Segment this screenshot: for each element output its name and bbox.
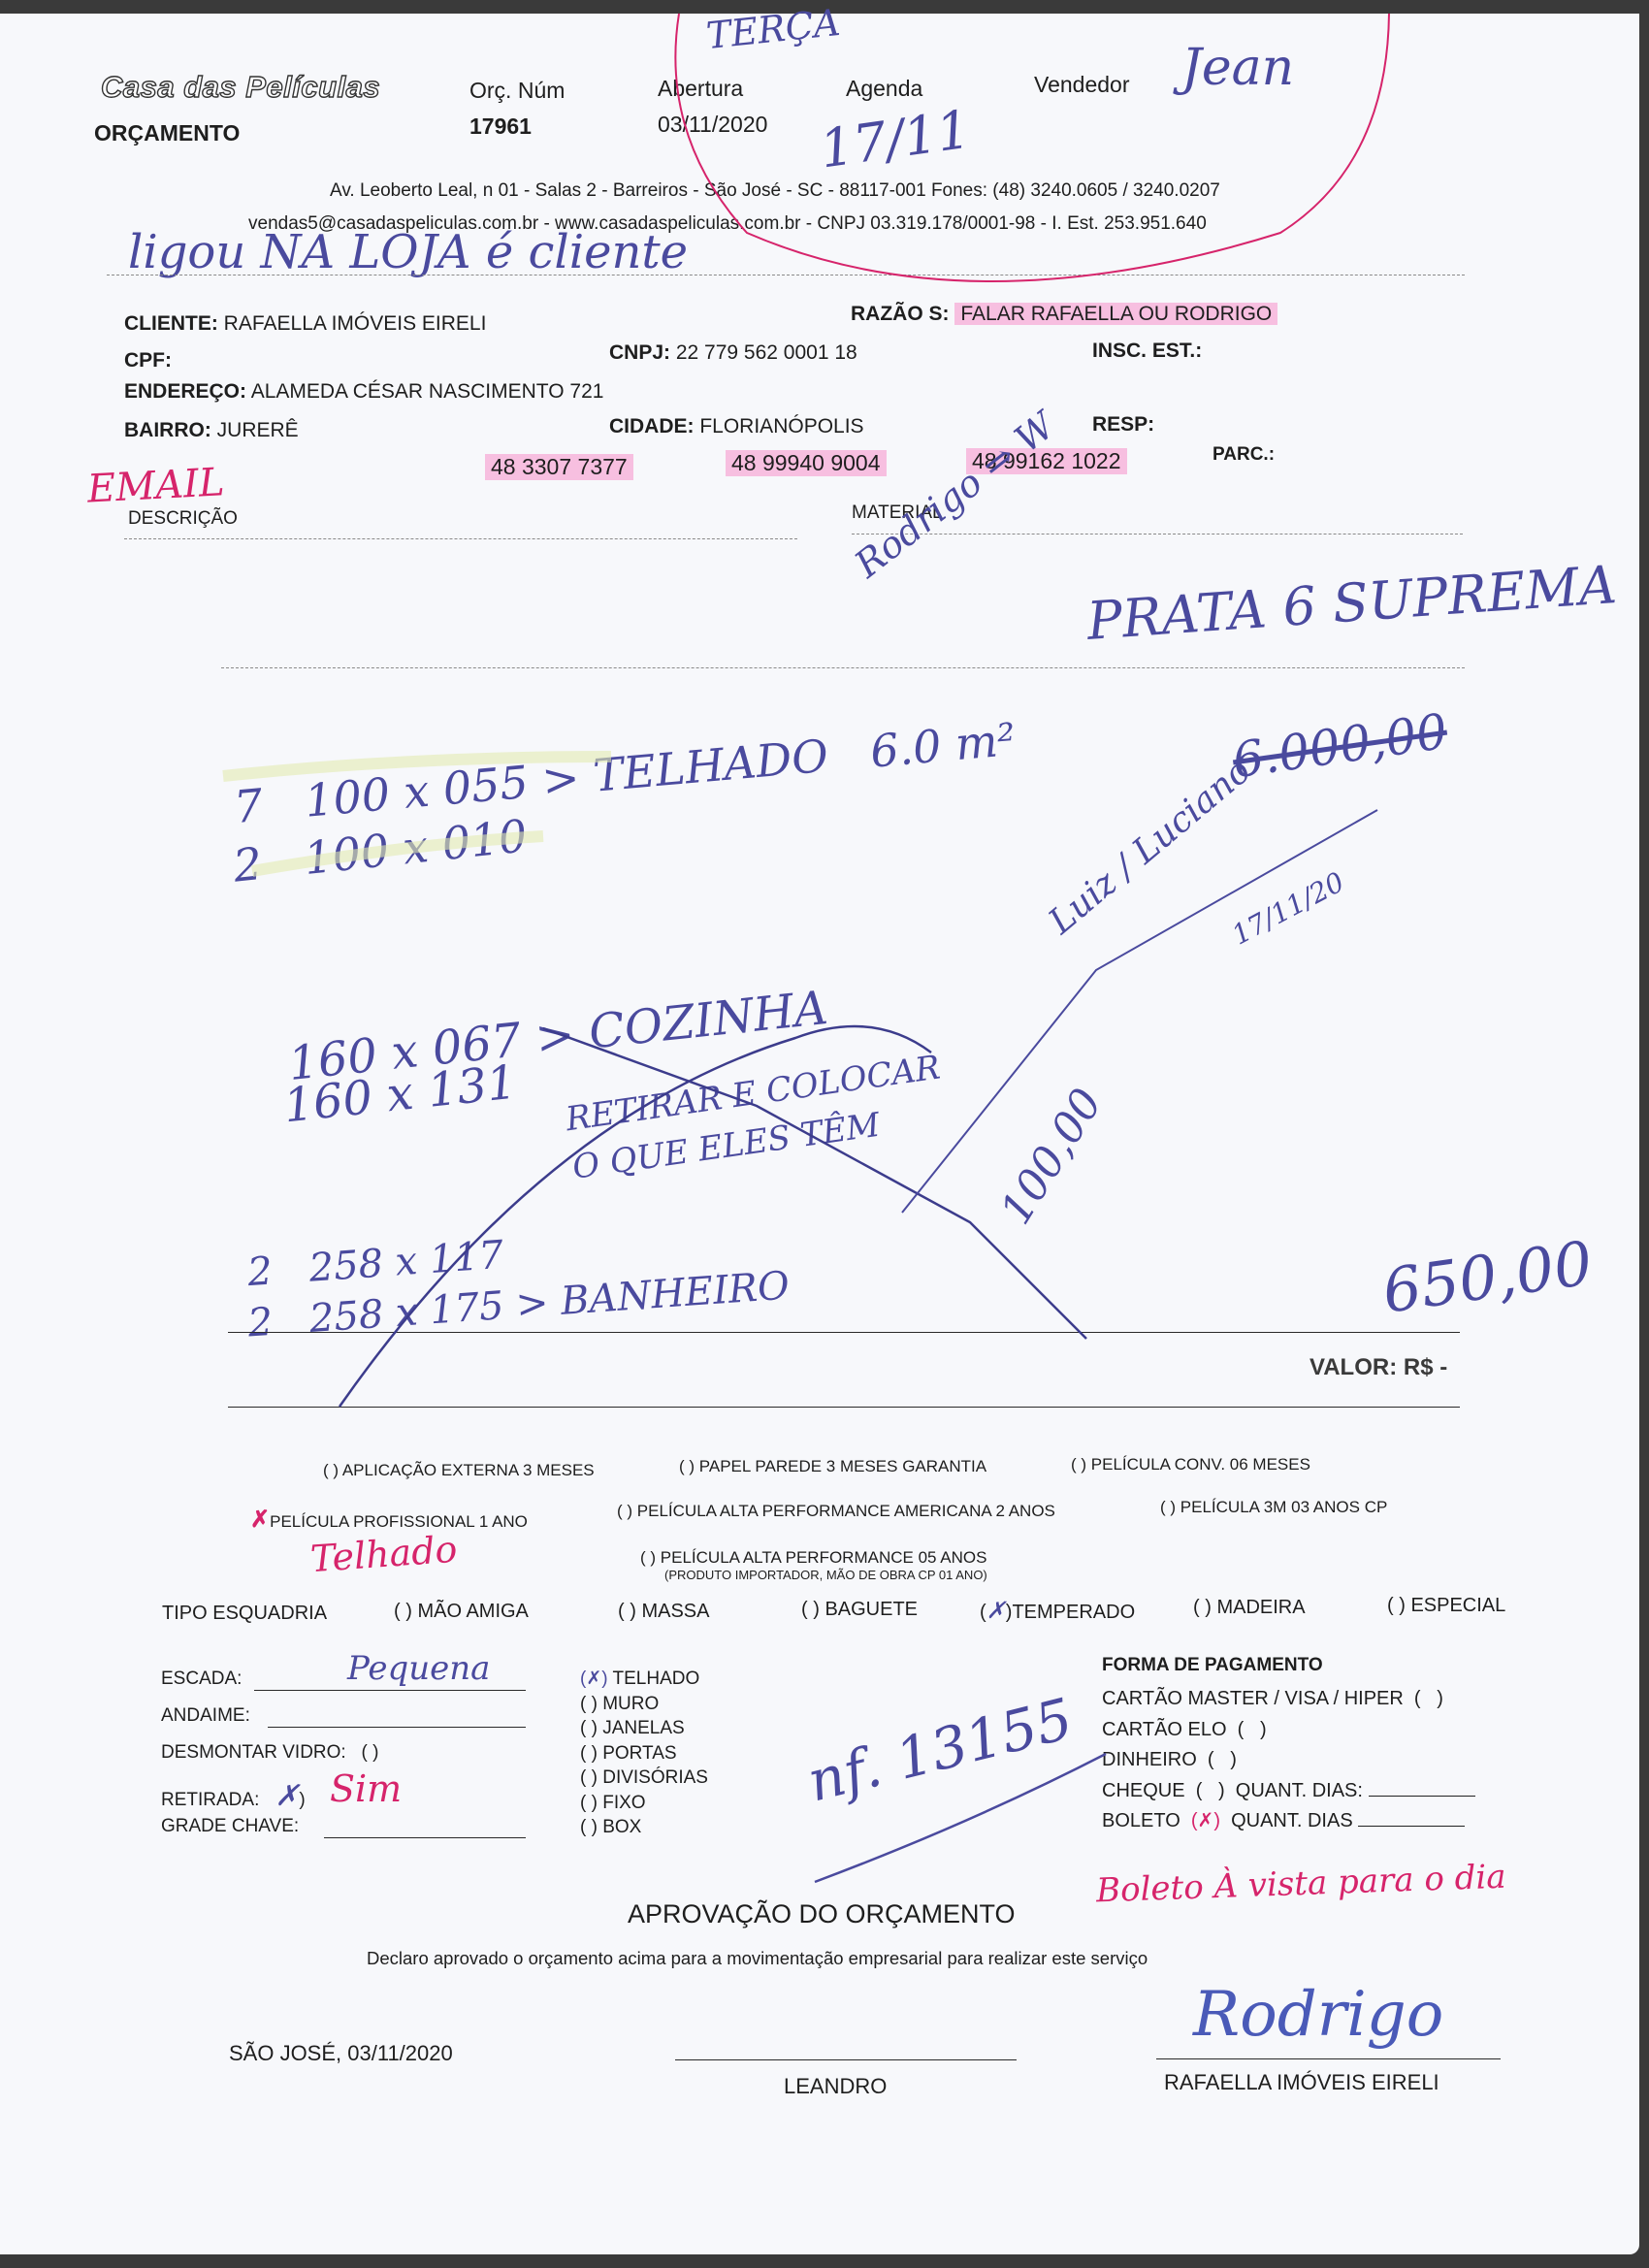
- quant-dias-line[interactable]: [1358, 1826, 1465, 1827]
- warranty-option-7[interactable]: ( ) PELÍCULA ALTA PERFORMANCE 05 ANOS: [640, 1548, 986, 1568]
- quant-dias-label: QUANT. DIAS: [1231, 1810, 1358, 1831]
- esquadria-option-4[interactable]: (✗)TEMPERADO: [980, 1597, 1135, 1624]
- cidade-value: FLORIANÓPOLIS: [699, 415, 863, 437]
- quant-dias-label: QUANT. DIAS:: [1236, 1780, 1369, 1801]
- payment-option-3[interactable]: DINHEIRO ( ): [1102, 1745, 1475, 1776]
- empty-checkbox-icon: ( ): [1404, 1688, 1454, 1709]
- orc-number: 17961: [469, 113, 532, 140]
- checked-mark-icon: (✗): [580, 1669, 613, 1689]
- esquadria-option-5[interactable]: ( ) MADEIRA: [1193, 1597, 1306, 1619]
- empty-checkbox-icon: ( ): [580, 1767, 602, 1788]
- client-name: RAFAELLA IMÓVEIS EIRELI: [1164, 2070, 1439, 2095]
- cpf-label: CPF:: [124, 349, 172, 373]
- payment-option-1[interactable]: CARTÃO MASTER / VISA / HIPER ( ): [1102, 1684, 1475, 1715]
- warranty-option-6[interactable]: ( ) PELÍCULA 3M 03 ANOS CP: [1160, 1498, 1387, 1517]
- seller-signature-line[interactable]: [675, 2059, 1017, 2060]
- empty-checkbox-icon: ( ): [1197, 1749, 1247, 1770]
- abertura-label: Abertura: [658, 76, 743, 102]
- note-handwritten: ligou NA LOJA é cliente: [128, 225, 688, 279]
- payment-title: FORMA DE PAGAMENTO: [1102, 1655, 1323, 1676]
- parc-label: PARC.:: [1212, 444, 1275, 466]
- warranty-option-2[interactable]: ( ) PAPEL PAREDE 3 MESES GARANTIA: [679, 1457, 986, 1476]
- resp-label: RESP:: [1092, 413, 1154, 437]
- escada-handwritten: Pequena: [347, 1649, 490, 1688]
- esquadria-option-6[interactable]: ( ) ESPECIAL: [1387, 1595, 1505, 1617]
- insc-label: INSC. EST.:: [1092, 340, 1202, 363]
- warranty-option-1[interactable]: ( ) APLICAÇÃO EXTERNA 3 MESES: [323, 1461, 595, 1480]
- cnpj-value: 22 779 562 0001 18: [676, 341, 857, 364]
- warranty-option-5[interactable]: ( ) PELÍCULA ALTA PERFORMANCE AMERICANA …: [617, 1502, 1055, 1521]
- location-option-fixo[interactable]: ( ) FIXO: [580, 1791, 708, 1816]
- location-option-divisórias[interactable]: ( ) DIVISÓRIAS: [580, 1766, 708, 1791]
- razao-field: RAZÃO S: FALAR RAFAELLA OU RODRIGO: [851, 303, 1277, 326]
- location-option-portas[interactable]: ( ) PORTAS: [580, 1741, 708, 1766]
- agenda-label: Agenda: [846, 76, 922, 102]
- endereco-field: ENDEREÇO: ALAMEDA CÉSAR NASCIMENTO 721: [124, 380, 603, 404]
- esquadria-option-3[interactable]: ( ) BAGUETE: [801, 1599, 918, 1621]
- endereco-value: ALAMEDA CÉSAR NASCIMENTO 721: [251, 380, 604, 403]
- items-divider: [221, 667, 1465, 668]
- payment-option-2[interactable]: CARTÃO ELO ( ): [1102, 1715, 1475, 1746]
- checked-mark-icon: ✗: [986, 1597, 1006, 1624]
- warranty-option-3[interactable]: ( ) PELÍCULA CONV. 06 MESES: [1071, 1455, 1310, 1474]
- client-signature-line[interactable]: [1156, 2058, 1501, 2059]
- orc-label: Orç. Núm: [469, 78, 565, 104]
- andaime-line[interactable]: [268, 1727, 526, 1728]
- approval-declaration: Declaro aprovado o orçamento acima para …: [367, 1948, 1148, 1969]
- grade-label: GRADE CHAVE:: [161, 1816, 299, 1837]
- cliente-value: RAFAELLA IMÓVEIS EIRELI: [224, 312, 487, 335]
- location-option-muro[interactable]: ( ) MURO: [580, 1692, 708, 1717]
- phone-1: 48 3307 7377: [485, 454, 633, 480]
- cliente-field: CLIENTE: RAFAELLA IMÓVEIS EIRELI: [124, 312, 486, 336]
- vendedor-handwritten: Jean: [1181, 39, 1294, 97]
- empty-checkbox-icon: ( ): [580, 1817, 602, 1837]
- location-option-janelas[interactable]: ( ) JANELAS: [580, 1716, 708, 1741]
- quant-dias-line[interactable]: [1369, 1796, 1475, 1797]
- email-handwritten: EMAIL: [86, 460, 226, 511]
- cnpj-field: CNPJ: 22 779 562 0001 18: [609, 341, 857, 365]
- valor-bottom-line: [228, 1407, 1460, 1408]
- approval-title: APROVAÇÃO DO ORÇAMENTO: [628, 1899, 1016, 1929]
- andaime-label: ANDAIME:: [161, 1705, 250, 1727]
- escada-line[interactable]: [254, 1690, 526, 1691]
- retirada-field[interactable]: RETIRADA: ✗): [161, 1779, 306, 1813]
- payment-option-5[interactable]: BOLETO (✗) QUANT. DIAS: [1102, 1806, 1475, 1837]
- phone-2: 48 99940 9004: [726, 450, 887, 476]
- payment-option-4[interactable]: CHEQUE ( ) QUANT. DIAS:: [1102, 1776, 1475, 1807]
- payment-options: CARTÃO MASTER / VISA / HIPER ( ) CARTÃO …: [1102, 1684, 1475, 1837]
- warranty-option-7-sub: (PRODUTO IMPORTADOR, MÃO DE OBRA CP 01 A…: [664, 1568, 987, 1582]
- location-option-box[interactable]: ( ) BOX: [580, 1815, 708, 1840]
- empty-checkbox-icon: ( ): [580, 1694, 602, 1714]
- retirada-handwritten: Sim: [330, 1767, 402, 1810]
- company-address: Av. Leoberto Leal, n 01 - Salas 2 - Barr…: [330, 180, 1220, 202]
- razao-value: FALAR RAFAELLA OU RODRIGO: [954, 303, 1277, 325]
- approval-place-date: SÃO JOSÉ, 03/11/2020: [229, 2041, 453, 2066]
- checked-mark-icon: (✗): [1180, 1810, 1231, 1831]
- esquadria-option-2[interactable]: ( ) MASSA: [618, 1601, 709, 1623]
- location-option-telhado[interactable]: (✗) TELHADO: [580, 1667, 708, 1692]
- escada-label: ESCADA:: [161, 1669, 242, 1690]
- material-line: [852, 534, 1463, 535]
- empty-checkbox-icon: ( ): [1227, 1719, 1277, 1740]
- client-signature-handwritten: Rodrigo: [1193, 1979, 1443, 2051]
- warranty-option-4[interactable]: ✗PELÍCULA PROFISSIONAL 1 ANO: [250, 1506, 528, 1534]
- descricao-label: DESCRIÇÃO: [128, 508, 238, 530]
- valor-label: VALOR: R$ -: [1309, 1354, 1447, 1381]
- abertura-date: 03/11/2020: [658, 112, 767, 138]
- checked-mark-icon: ✗: [250, 1507, 270, 1533]
- header-divider: [107, 275, 1465, 275]
- empty-checkbox-icon: ( ): [1185, 1780, 1236, 1801]
- seller-name: LEANDRO: [784, 2074, 887, 2099]
- valor-top-line: [228, 1332, 1460, 1333]
- cidade-field: CIDADE: FLORIANÓPOLIS: [609, 415, 864, 438]
- esquadria-option-1[interactable]: ( ) MÃO AMIGA: [394, 1601, 529, 1623]
- bairro-value: JURERÊ: [217, 419, 299, 441]
- company-logo: Casa das Películas: [101, 70, 380, 105]
- grade-line[interactable]: [324, 1837, 526, 1838]
- empty-checkbox-icon: ( ): [580, 1793, 602, 1813]
- esquadria-label: TIPO ESQUADRIA: [162, 1603, 327, 1625]
- empty-checkbox-icon: ( ): [580, 1743, 602, 1764]
- location-list: (✗) TELHADO( ) MURO( ) JANELAS( ) PORTAS…: [580, 1667, 708, 1840]
- bairro-field: BAIRRO: JURERÊ: [124, 419, 299, 442]
- doc-type: ORÇAMENTO: [94, 120, 240, 146]
- descricao-line: [124, 538, 797, 539]
- vendedor-label: Vendedor: [1034, 72, 1129, 98]
- checked-mark-icon: ✗: [275, 1779, 299, 1813]
- desmontar-field[interactable]: DESMONTAR VIDRO: ( ): [161, 1742, 379, 1764]
- empty-checkbox-icon: ( ): [580, 1718, 602, 1738]
